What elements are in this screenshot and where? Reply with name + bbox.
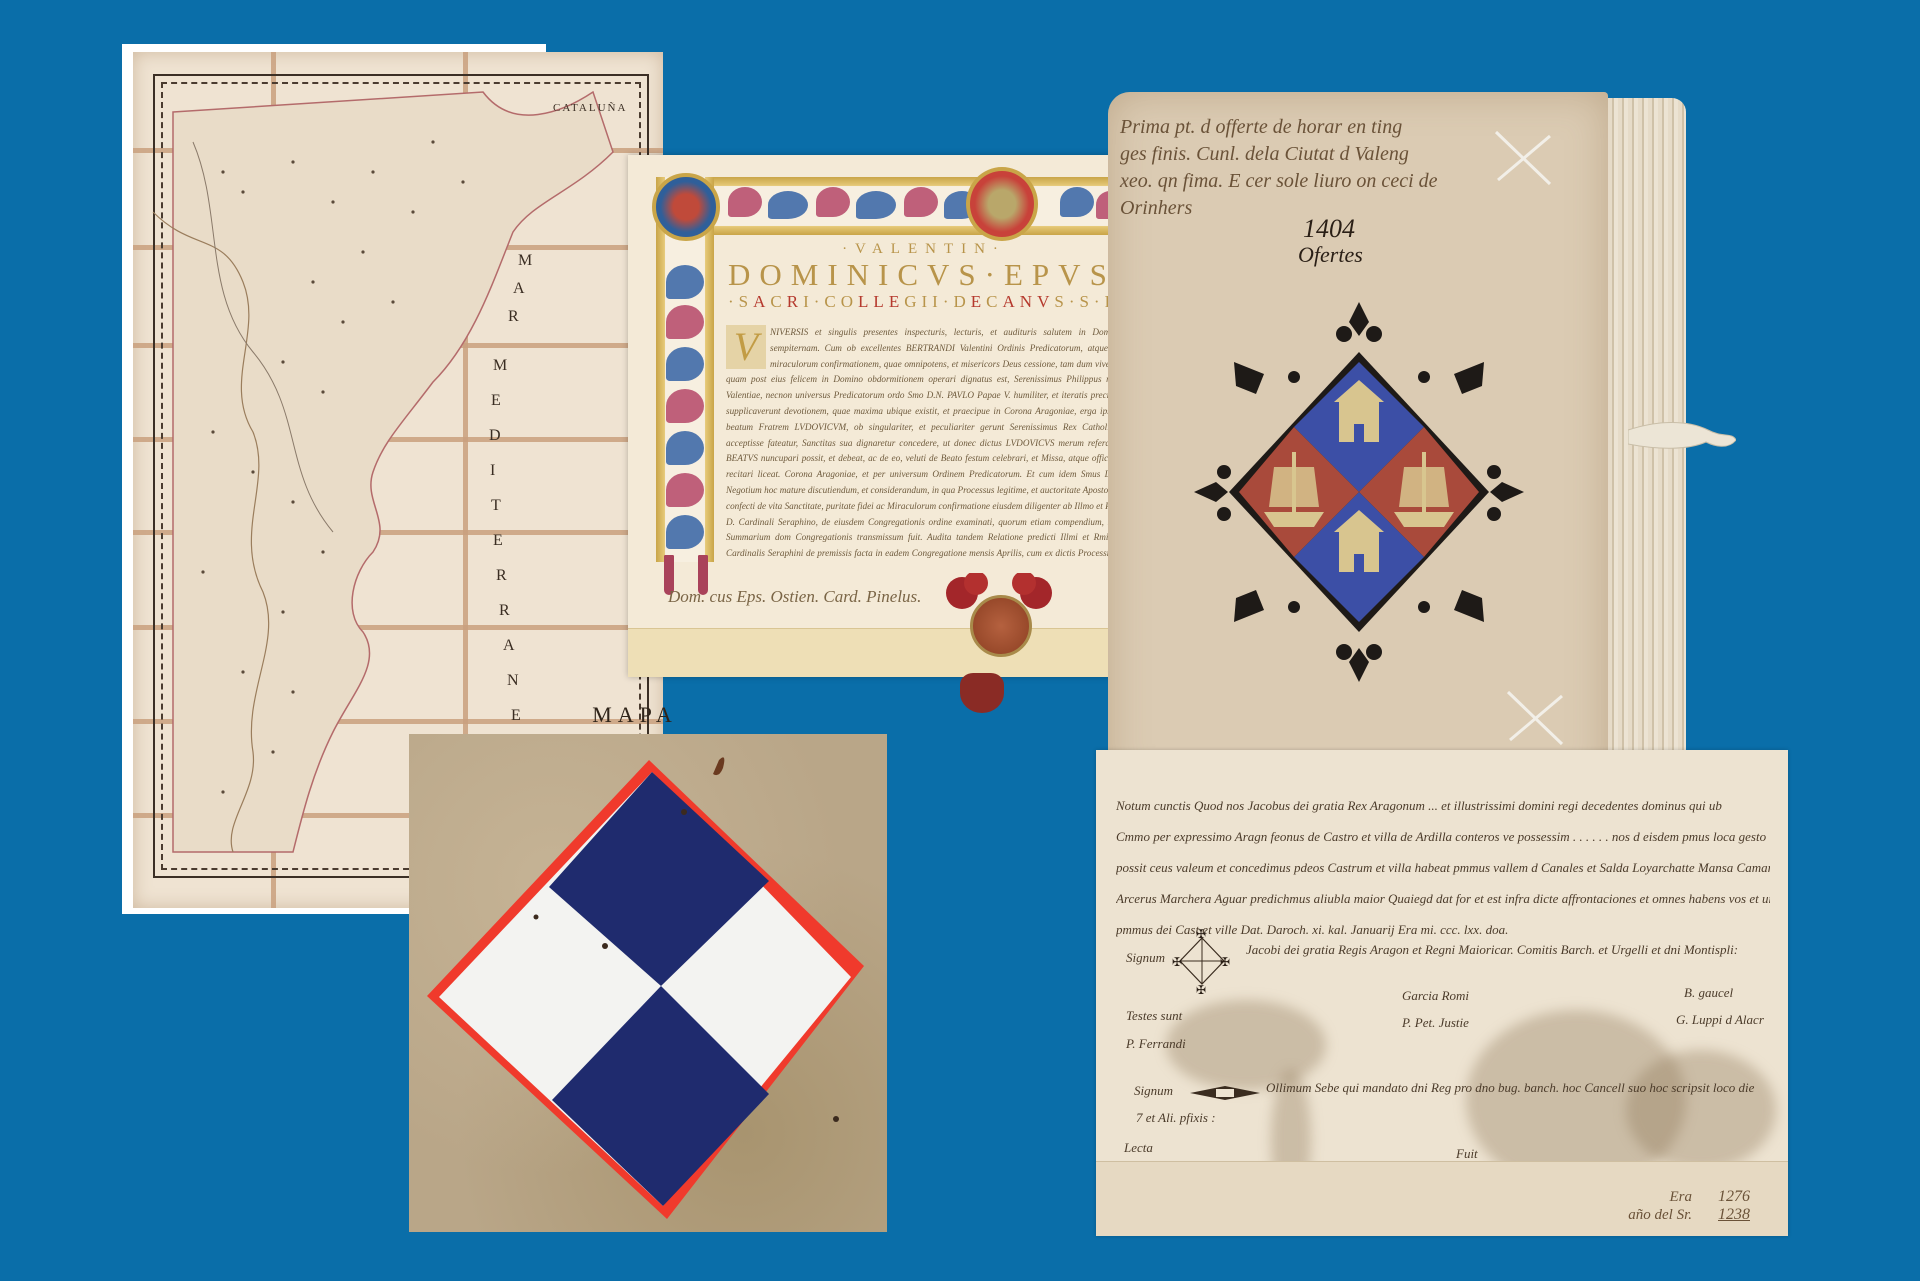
sea-label: E	[511, 707, 523, 725]
floral-scroll	[666, 473, 704, 507]
heraldic-lozenge-castles-and-ships	[1194, 302, 1524, 682]
book-year: 1404	[1303, 214, 1355, 244]
sea-label: M	[493, 357, 509, 375]
bound-book-ofertes: Prima pt. d offerte de horar en ting ges…	[1108, 92, 1628, 792]
cardinal-signature: Dom. cus Eps. Ostien. Card. Pinelus.	[668, 587, 921, 607]
notary-signum-icon	[1190, 1082, 1260, 1104]
illuminated-certificate: ·VALENTIN· DOMINICVS·EPVS·O ·SACRI·COLLE…	[628, 155, 1126, 677]
water-stain	[1166, 1000, 1326, 1090]
royal-coat-of-arms-medallion	[652, 173, 720, 241]
certificate-body-text: NIVERSIS et singulis presentes inspectur…	[726, 327, 1122, 561]
floral-scroll	[856, 191, 896, 219]
sea-label: E	[491, 392, 503, 410]
region-label: CATALUÑA	[553, 102, 627, 114]
signum-king-text: Jacobi dei gratia Regis Aragon et Regni …	[1246, 942, 1766, 958]
witness-text: Garcia Romi	[1402, 988, 1469, 1004]
sea-label: N	[507, 672, 521, 690]
floral-scroll	[904, 187, 938, 217]
heading-dominicus: DOMINICVS·EPVS·O	[728, 258, 1120, 292]
sea-label: R	[499, 602, 512, 620]
sea-label: A	[503, 637, 517, 655]
floral-scroll	[666, 265, 704, 299]
sea-label: A	[513, 280, 527, 298]
witness-text: B. gaucel	[1684, 985, 1733, 1001]
cardinal-coat-of-arms-medallion	[966, 167, 1038, 241]
signum-label: Signum	[1126, 950, 1165, 966]
lozenge-checker-shape	[409, 734, 887, 1232]
floral-scroll	[666, 305, 704, 339]
floral-scroll	[1060, 187, 1094, 217]
seal-cord-tail	[960, 673, 1004, 713]
heading-valentin: ·VALENTIN·	[728, 241, 1120, 258]
charter-text: Notum cunctis Quod nos Jacobus dei grati…	[1116, 790, 1770, 945]
book-handwritten-title: Prima pt. d offerte de horar en ting ges…	[1120, 114, 1500, 222]
sea-label: T	[491, 497, 503, 515]
certificate-heading: ·VALENTIN· DOMINICVS·EPVS·O ·SACRI·COLLE…	[728, 241, 1120, 312]
illuminated-initial: V	[726, 325, 766, 369]
floral-scroll	[768, 191, 808, 219]
sea-label: R	[496, 567, 509, 585]
sea-label: I	[490, 462, 497, 480]
floral-scroll	[728, 187, 762, 217]
svg-text:✠: ✠	[1172, 955, 1182, 969]
map-title: MAPA	[550, 702, 720, 728]
water-stain	[1626, 1050, 1776, 1170]
charter-fold-strip: Era1276 año del Sr.1238	[1096, 1161, 1788, 1236]
certificate-body: V NIVERSIS et singulis presentes inspect…	[726, 325, 1122, 561]
floral-scroll	[816, 187, 850, 217]
floral-scroll	[666, 389, 704, 423]
book-vellum-cover: Prima pt. d offerte de horar en ting ges…	[1108, 92, 1608, 792]
wax-seal	[970, 595, 1032, 657]
stitch-x-icon	[1500, 682, 1570, 752]
witness-text: P. Pet. Justie	[1402, 1015, 1469, 1031]
heading-sacri-collegii: ·SACRI·COLLEGII·DECANVS·S·R·E·CA	[728, 292, 1120, 312]
svg-text:✠: ✠	[1196, 927, 1206, 941]
sea-label: E	[493, 532, 505, 550]
blue-and-white-heraldic-lozenge	[409, 734, 887, 1232]
witness-text: Testes sunt	[1126, 1008, 1182, 1024]
notary-text: Ollimum Sebe qui mandato dni Reg pro dno…	[1266, 1080, 1776, 1096]
floral-scroll	[666, 431, 704, 465]
floral-scroll	[666, 515, 704, 549]
floral-scroll	[666, 347, 704, 381]
stitch-x-icon	[1488, 122, 1558, 192]
svg-text:✠: ✠	[1196, 983, 1206, 996]
notary-text: 7 et Ali. pfixis :	[1136, 1110, 1216, 1126]
sea-label: R	[508, 308, 521, 326]
sea-label: D	[489, 427, 503, 445]
royal-signum-cross-icon: ✠✠ ✠✠	[1172, 926, 1232, 996]
sea-label: M	[518, 252, 534, 270]
signum-label: Signum	[1134, 1083, 1173, 1099]
fuit-note: Fuit	[1456, 1146, 1478, 1162]
witness-text: P. Ferrandi	[1126, 1036, 1186, 1052]
book-label: Ofertes	[1298, 242, 1363, 268]
lecta-note: Lecta	[1124, 1140, 1153, 1156]
archive-date-note: Era1276 año del Sr.1238	[1628, 1188, 1750, 1224]
medieval-charter: Notum cunctis Quod nos Jacobus dei grati…	[1096, 750, 1788, 1236]
svg-text:✠: ✠	[1220, 955, 1230, 969]
cloth-tie-knot	[1628, 410, 1736, 470]
witness-text: G. Luppi d Alacr	[1676, 1012, 1764, 1028]
